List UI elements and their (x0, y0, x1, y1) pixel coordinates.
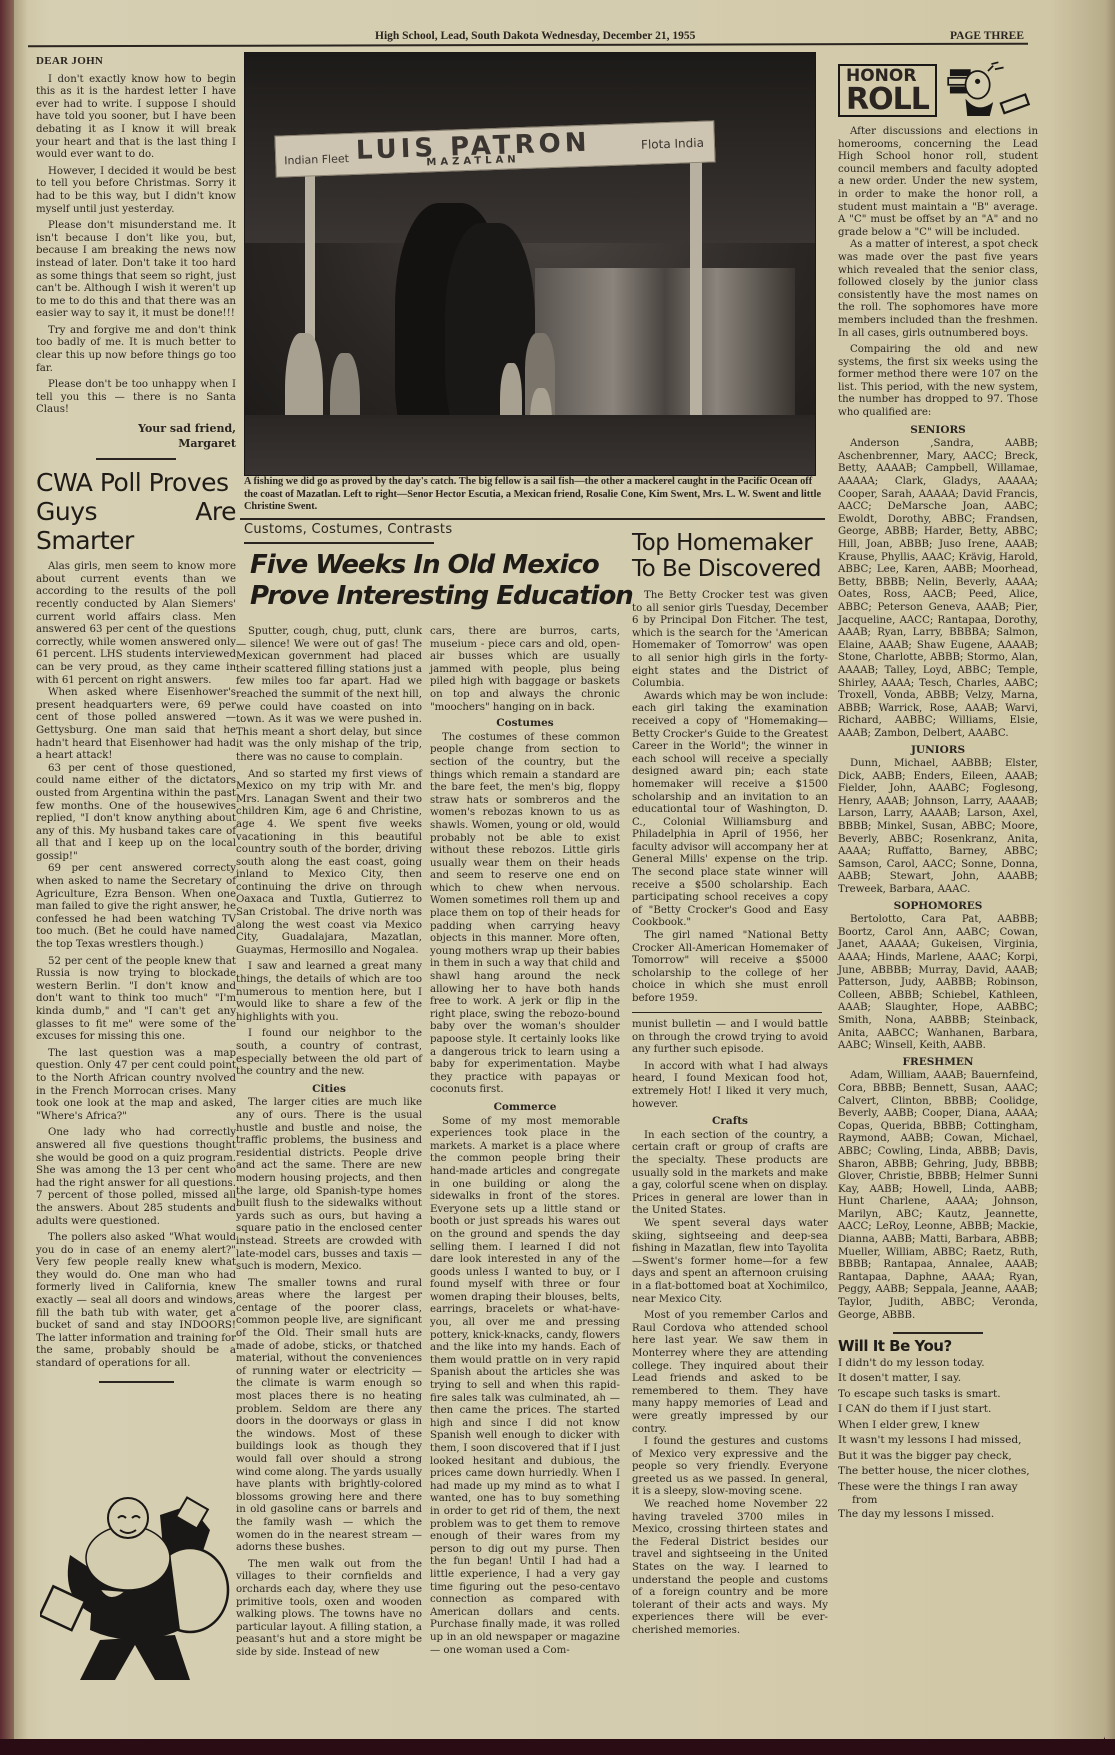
dear-john-paragraph: Try and forgive me and don't think too b… (36, 325, 236, 375)
mexico-headline-line2: Prove Interesting Education (250, 581, 633, 612)
student-with-books-icon (943, 58, 1038, 122)
subhead-seniors: SENIORS (838, 424, 1038, 437)
caption-rule (240, 518, 825, 520)
sophomores-list: Bertolotto, Cara Pat, AABBB; Boortz, Car… (838, 914, 1038, 1053)
mexico-paragraph: The men walk out from the villages to th… (236, 1559, 422, 1660)
dear-john-paragraph: However, I decided it would be best to t… (36, 166, 236, 216)
mexico-paragraph: The smaller towns and rural areas where … (236, 1278, 422, 1555)
dear-john-paragraph: Please don't be too unhappy when I tell … (36, 379, 236, 417)
subhead-freshmen: FRESHMEN (838, 1056, 1038, 1069)
cwa-headline-line2: Guys Are Smarter (36, 497, 236, 555)
poem-line: The day my lessons I missed. (838, 1508, 1038, 1522)
cwa-paragraph: 63 per cent of those questioned, could n… (36, 763, 236, 864)
poem-line: I CAN do them if I just start. (838, 1403, 1038, 1417)
sign-post (690, 158, 702, 458)
mexico-headline-line1: Five Weeks In Old Mexico (250, 550, 633, 581)
cwa-paragraph: Alas girls, men seem to know more about … (36, 561, 236, 687)
dear-john-signature: Margaret (36, 438, 236, 451)
fishing-photo: Indian Fleet LUIS PATRON MAZATLAN Flota … (244, 52, 816, 476)
mexico-paragraph: Some of my most memorable experiences to… (430, 1116, 620, 1658)
mexico-column-2: cars, there are burros, carts, museium -… (430, 626, 620, 1661)
honor-roll-paragraph: As a matter of interest, a spot check wa… (838, 239, 1038, 340)
mexico-paragraph: I found the gestures and customs of Mexi… (632, 1436, 828, 1499)
mexico-paragraph: I found our neighbor to the south, a cou… (236, 1028, 422, 1078)
freshmen-list: Adam, William, AAAB; Bauernfeind, Cora, … (838, 1070, 1038, 1322)
mexico-paragraph: The larger cities are much like any of o… (236, 1097, 422, 1273)
mexico-paragraph: In accord with what I had always heard, … (632, 1061, 828, 1111)
dear-john-closing: Your sad friend, (36, 423, 236, 436)
santa-claus-illustration (40, 1480, 230, 1690)
poem-line: It wasn't my lessons I had missed, (838, 1434, 1038, 1448)
photo-caption: A fishing we did go as proved by the day… (244, 476, 824, 514)
sign-right-text: Flota India (641, 136, 704, 152)
cwa-poll-headline: CWA Poll Proves Guys Are Smarter (36, 468, 236, 555)
mexico-column-1: Sputter, cough, chug, putt, clunk — sile… (236, 626, 422, 1664)
mexico-paragraph: cars, there are burros, carts, museium -… (430, 626, 620, 714)
honor-roll-paragraph: After discussions and elections in homer… (838, 126, 1038, 239)
poem-line: These were the things I ran away (838, 1481, 1038, 1495)
subhead-sophomores: SOPHOMORES (838, 900, 1038, 913)
dear-john-paragraph: I don't exactly know how to begin this a… (36, 74, 236, 162)
dear-john-column: DEAR JOHN I don't exactly know how to be… (36, 55, 236, 1389)
homemaker-column: Top Homemaker To Be Discovered The Betty… (632, 530, 828, 1642)
homemaker-headline-line1: Top Homemaker (632, 530, 828, 556)
section-divider (99, 1381, 174, 1383)
subhead-crafts: Crafts (632, 1115, 828, 1128)
dear-john-paragraph: Please don't misunderstand me. It isn't … (36, 220, 236, 321)
poem-will-it-be-you: Will It Be You? I didn't do my lesson to… (838, 1340, 1038, 1521)
subhead-commerce: Commerce (430, 1101, 620, 1114)
homemaker-headline-line2: To Be Discovered (632, 556, 828, 582)
photo-ground (245, 415, 815, 475)
honor-roll-column: HONOR ROLL After discussions and electio… (838, 58, 1038, 1523)
cwa-paragraph: The pollers also asked "What would you d… (36, 1232, 236, 1371)
sign-sub-text: MAZATLAN (426, 154, 520, 168)
mexico-paragraph: The costumes of these common people chan… (430, 732, 620, 1097)
poem-line: I didn't do my lesson today. (838, 1357, 1038, 1371)
cwa-paragraph: 69 per cent answered correcty when asked… (36, 863, 236, 951)
mexico-paragraph: Sputter, cough, chug, putt, clunk — sile… (236, 626, 422, 765)
folio-dateline: High School, Lead, South Dakota Wednesda… (375, 30, 695, 42)
cwa-paragraph: The last question was a map question. On… (36, 1048, 236, 1124)
folio-page-number: PAGE THREE (950, 30, 1024, 42)
poem-line: The better house, the nicer clothes, (838, 1465, 1038, 1479)
honor-logo-line2: ROLL (846, 85, 929, 115)
honor-roll-paragraph: Compairing the old and new systems, the … (838, 344, 1038, 420)
poem-line: To escape such tasks is smart. (838, 1388, 1038, 1402)
homemaker-paragraph: The Betty Crocker test was given to all … (632, 590, 828, 691)
section-divider (632, 1012, 822, 1014)
cwa-paragraph: When asked where Eisenhower's present he… (36, 687, 236, 763)
poem-line: But it was the bigger pay check, (838, 1450, 1038, 1464)
mexico-paragraph: We reached home November 22 having trave… (632, 1499, 828, 1638)
bottom-binding-band (0, 1739, 1115, 1755)
honor-roll-box: HONOR ROLL (838, 64, 937, 117)
poem-line: It dosen't matter, I say. (838, 1372, 1038, 1386)
mexico-paragraph: I saw and learned a great many things, t… (236, 961, 422, 1024)
mexico-paragraph: munist bulletin — and I would battle on … (632, 1019, 828, 1057)
mexico-paragraph: In each section of the country, a certai… (632, 1130, 828, 1218)
poem-title: Will It Be You? (838, 1340, 1038, 1353)
juniors-list: Dunn, Michael, AABBB; Elster, Dick, AABB… (838, 758, 1038, 897)
homemaker-headline: Top Homemaker To Be Discovered (632, 530, 828, 582)
section-divider (893, 1332, 983, 1334)
poem-line: When I elder grew, I knew (838, 1419, 1038, 1433)
subhead-costumes: Costumes (430, 717, 620, 730)
sign-left-text: Indian Fleet (284, 152, 349, 167)
seniors-list: Anderson ,Sandra, AABB; Aschenbrenner, M… (838, 438, 1038, 740)
mexico-kicker: Customs, Costumes, Contrasts (244, 522, 452, 537)
cwa-headline-line1: CWA Poll Proves (36, 468, 236, 497)
kicker-rule (244, 542, 434, 544)
section-divider (96, 458, 176, 460)
subhead-juniors: JUNIORS (838, 744, 1038, 757)
mexico-paragraph: Most of you remember Carlos and Raul Cor… (632, 1310, 828, 1436)
dear-john-kicker: DEAR JOHN (36, 55, 236, 68)
honor-roll-logo: HONOR ROLL (838, 58, 1038, 122)
subhead-cities: Cities (236, 1083, 422, 1096)
poem-line: from (838, 1494, 1038, 1508)
book-spine (0, 0, 14, 1755)
mexico-headline: Five Weeks In Old Mexico Prove Interesti… (250, 550, 633, 612)
cwa-paragraph: One lady who had correctly answered all … (36, 1127, 236, 1228)
homemaker-paragraph: The girl named "National Betty Crocker A… (632, 930, 828, 1006)
homemaker-paragraph: Awards which may be won include: each gi… (632, 691, 828, 930)
mexico-paragraph: We spent several days water skiing, sigh… (632, 1218, 828, 1306)
mexico-paragraph: And so started my first views of Mexico … (236, 769, 422, 958)
page-edge (1105, 0, 1115, 1755)
cwa-paragraph: 52 per cent of the people knew that Russ… (36, 956, 236, 1044)
